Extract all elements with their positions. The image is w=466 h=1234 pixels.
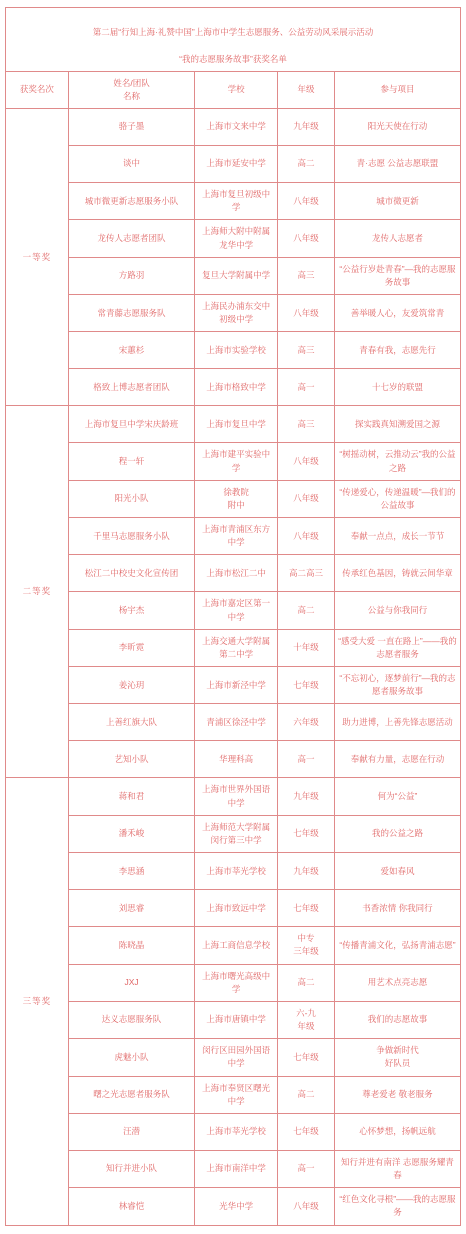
grade-cell: 九年级 [278, 778, 335, 815]
grade-cell: 高二高三 [278, 555, 335, 592]
table-row: 林睿恺光华中学八年级“红色文化寻根”——我的志愿服务 [6, 1188, 461, 1225]
project-cell: 青·志愿 公益志愿联盟 [334, 146, 460, 183]
table-row: 千里马志愿服务小队上海市青浦区东方中学八年级奉献一点点，成长一节节 [6, 518, 461, 555]
awardee-name-cell: 陈晓晶 [68, 927, 194, 964]
school-cell: 闵行区田园外国语中学 [195, 1039, 278, 1076]
table-row: 李昕霓上海交通大学附属第二中学十年级“感受大爱 一直在路上”——我的志愿者服务 [6, 629, 461, 666]
school-cell: 上海市新泾中学 [195, 667, 278, 704]
grade-cell: 九年级 [278, 853, 335, 890]
school-cell: 上海市曙光高级中学 [195, 964, 278, 1001]
project-cell: 知行并进有南洋 志愿服务耀青春 [334, 1150, 460, 1187]
page-title-line1: 第二届“行知上海·礼赞中国”上海市中学生志愿服务、公益劳动风采展示活动 [93, 27, 374, 37]
school-cell: 上海市奉贤区曙光中学 [195, 1076, 278, 1113]
school-cell: 上海民办浦东交中初级中学 [195, 295, 278, 332]
school-cell: 上海市文来中学 [195, 109, 278, 146]
grade-cell: 高一 [278, 741, 335, 778]
school-cell: 华理科高 [195, 741, 278, 778]
table-row: 三等奖蒋和君上海市世界外国语中学九年级何为“公益” [6, 778, 461, 815]
awardee-name-cell: 千里马志愿服务小队 [68, 518, 194, 555]
school-cell: 光华中学 [195, 1188, 278, 1225]
table-row: 虎魅小队闵行区田园外国语中学七年级争做新时代 好队员 [6, 1039, 461, 1076]
award-document-page: 第二届“行知上海·礼赞中国”上海市中学生志愿服务、公益劳动风采展示活动 “我的志… [0, 0, 466, 1234]
grade-cell: 高二 [278, 1076, 335, 1113]
project-cell: 龙传人志愿者 [334, 220, 460, 257]
table-row: 常青藤志愿服务队上海民办浦东交中初级中学八年级善举暖人心，友爱筑常青 [6, 295, 461, 332]
school-cell: 青浦区徐泾中学 [195, 704, 278, 741]
table-row: 达义志愿服务队上海市唐镇中学六-九 年级我们的志愿故事 [6, 1001, 461, 1038]
project-cell: 助力进博，上善先锋志愿活动 [334, 704, 460, 741]
table-row: 方路羽复旦大学附属中学高三“公益行岁赴青春”—我的志愿服务故事 [6, 257, 461, 294]
awardee-name-cell: 刘思睿 [68, 890, 194, 927]
table-row: 格致上博志愿者团队上海市格致中学高一十七岁的联盟 [6, 369, 461, 406]
page-title-line2: “我的志愿服务故事”获奖名单 [179, 54, 287, 64]
grade-cell: 高三 [278, 406, 335, 443]
grade-cell: 高二 [278, 964, 335, 1001]
project-cell: 探实践真知溯爱国之源 [334, 406, 460, 443]
school-cell: 上海市延安中学 [195, 146, 278, 183]
school-cell: 上海市嘉定区第一中学 [195, 592, 278, 629]
grade-cell: 十年级 [278, 629, 335, 666]
project-cell: 尊老爱老 敬老服务 [334, 1076, 460, 1113]
project-cell: “传播青浦文化，弘扬青浦志愿” [334, 927, 460, 964]
school-cell: 上海市松江二中 [195, 555, 278, 592]
header-row: 获奖名次 姓名/团队 名称 学校 年级 参与项目 [6, 71, 461, 108]
awardee-name-cell: 谈中 [68, 146, 194, 183]
project-cell: “不忘初心，逐梦前行”—我的志愿者服务故事 [334, 667, 460, 704]
awardee-name-cell: 虎魅小队 [68, 1039, 194, 1076]
awardee-name-cell: 阳光小队 [68, 480, 194, 517]
project-cell: 用艺术点亮志愿 [334, 964, 460, 1001]
table-row: 刘思睿上海市致远中学七年级书香浓情 你我同行 [6, 890, 461, 927]
grade-cell: 高三 [278, 332, 335, 369]
school-cell: 上海交通大学附属第二中学 [195, 629, 278, 666]
grade-cell: 八年级 [278, 480, 335, 517]
awardee-name-cell: JXJ [68, 964, 194, 1001]
col-header-project: 参与项目 [334, 71, 460, 108]
grade-cell: 高三 [278, 257, 335, 294]
project-cell: 阳光天使在行动 [334, 109, 460, 146]
project-cell: 爱如春风 [334, 853, 460, 890]
col-header-school: 学校 [195, 71, 278, 108]
table-row: 艺知小队华理科高高一奉献有力量，志愿在行动 [6, 741, 461, 778]
project-cell: 奉献一点点，成长一节节 [334, 518, 460, 555]
table-row: 一等奖骆子墨上海市文来中学九年级阳光天使在行动 [6, 109, 461, 146]
page-title: 第二届“行知上海·礼赞中国”上海市中学生志愿服务、公益劳动风采展示活动 “我的志… [6, 8, 461, 72]
project-cell: “公益行岁赴青春”—我的志愿服务故事 [334, 257, 460, 294]
prize-group-label: 一等奖 [6, 109, 69, 406]
project-cell: “感受大爱 一直在路上”——我的志愿者服务 [334, 629, 460, 666]
school-cell: 上海市莘光学校 [195, 853, 278, 890]
school-cell: 上海市实验学校 [195, 332, 278, 369]
grade-cell: 八年级 [278, 295, 335, 332]
awardee-name-cell: 蒋和君 [68, 778, 194, 815]
awardee-name-cell: 知行并进小队 [68, 1150, 194, 1187]
grade-cell: 七年级 [278, 1039, 335, 1076]
school-cell: 上海市建平实验中学 [195, 443, 278, 480]
project-cell: “红色文化寻根”——我的志愿服务 [334, 1188, 460, 1225]
awardee-name-cell: 曙之光志愿者服务队 [68, 1076, 194, 1113]
awardee-name-cell: 程一轩 [68, 443, 194, 480]
school-cell: 上海市世界外国语中学 [195, 778, 278, 815]
prize-group-label: 二等奖 [6, 406, 69, 778]
school-cell: 上海市复旦初级中学 [195, 183, 278, 220]
school-cell: 上海工商信息学校 [195, 927, 278, 964]
school-cell: 徐教院 附中 [195, 480, 278, 517]
grade-cell: 八年级 [278, 220, 335, 257]
awardee-name-cell: 杨宇杰 [68, 592, 194, 629]
awardee-name-cell: 龙传人志愿者团队 [68, 220, 194, 257]
school-cell: 上海市莘光学校 [195, 1113, 278, 1150]
table-row: 松江二中校史文化宣传团上海市松江二中高二高三传承红色基因，铸就云间华章 [6, 555, 461, 592]
project-cell: 传承红色基因，铸就云间华章 [334, 555, 460, 592]
project-cell: 心怀梦想，扬帆远航 [334, 1113, 460, 1150]
awardee-name-cell: 城市微更新志愿服务小队 [68, 183, 194, 220]
table-row: 龙传人志愿者团队上海师大附中附属龙华中学八年级龙传人志愿者 [6, 220, 461, 257]
project-cell: 争做新时代 好队员 [334, 1039, 460, 1076]
project-cell: 十七岁的联盟 [334, 369, 460, 406]
table-row: 汪潜上海市莘光学校七年级心怀梦想，扬帆远航 [6, 1113, 461, 1150]
project-cell: 城市微更新 [334, 183, 460, 220]
project-cell: 书香浓情 你我同行 [334, 890, 460, 927]
table-row: 上善红旗大队青浦区徐泾中学六年级助力进博，上善先锋志愿活动 [6, 704, 461, 741]
awardee-name-cell: 格致上博志愿者团队 [68, 369, 194, 406]
grade-cell: 九年级 [278, 109, 335, 146]
project-cell: 我们的志愿故事 [334, 1001, 460, 1038]
project-cell: 善举暖人心，友爱筑常青 [334, 295, 460, 332]
project-cell: 我的公益之路 [334, 815, 460, 852]
awardee-name-cell: 常青藤志愿服务队 [68, 295, 194, 332]
awardee-name-cell: 骆子墨 [68, 109, 194, 146]
table-row: 谈中上海市延安中学高二青·志愿 公益志愿联盟 [6, 146, 461, 183]
awardee-name-cell: 姜沁玥 [68, 667, 194, 704]
awardee-name-cell: 达义志愿服务队 [68, 1001, 194, 1038]
project-cell: 何为“公益” [334, 778, 460, 815]
awardee-name-cell: 松江二中校史文化宣传团 [68, 555, 194, 592]
table-row: 宋蕙杉上海市实验学校高三青春有我，志愿先行 [6, 332, 461, 369]
awardee-name-cell: 方路羽 [68, 257, 194, 294]
project-cell: 青春有我，志愿先行 [334, 332, 460, 369]
awardee-name-cell: 艺知小队 [68, 741, 194, 778]
grade-cell: 高一 [278, 369, 335, 406]
awardee-name-cell: 上海市复旦中学宋庆龄班 [68, 406, 194, 443]
awardee-name-cell: 上善红旗大队 [68, 704, 194, 741]
grade-cell: 高一 [278, 1150, 335, 1187]
awardee-name-cell: 李昕霓 [68, 629, 194, 666]
school-cell: 上海市致远中学 [195, 890, 278, 927]
project-cell: 公益与你我同行 [334, 592, 460, 629]
table-row: 城市微更新志愿服务小队上海市复旦初级中学八年级城市微更新 [6, 183, 461, 220]
table-row: 阳光小队徐教院 附中八年级“传递爱心，传递温暖”—我们的公益故事 [6, 480, 461, 517]
school-cell: 复旦大学附属中学 [195, 257, 278, 294]
table-row: 陈晓晶上海工商信息学校中专 三年级“传播青浦文化，弘扬青浦志愿” [6, 927, 461, 964]
table-row: 李思涵上海市莘光学校九年级爱如春风 [6, 853, 461, 890]
school-cell: 上海师范大学附属闵行第三中学 [195, 815, 278, 852]
awardee-name-cell: 林睿恺 [68, 1188, 194, 1225]
award-table: 第二届“行知上海·礼赞中国”上海市中学生志愿服务、公益劳动风采展示活动 “我的志… [5, 7, 461, 1226]
project-cell: 奉献有力量，志愿在行动 [334, 741, 460, 778]
grade-cell: 六年级 [278, 704, 335, 741]
school-cell: 上海师大附中附属龙华中学 [195, 220, 278, 257]
school-cell: 上海市复旦中学 [195, 406, 278, 443]
prize-group-label: 三等奖 [6, 778, 69, 1225]
table-row: 姜沁玥上海市新泾中学七年级“不忘初心，逐梦前行”—我的志愿者服务故事 [6, 667, 461, 704]
grade-cell: 七年级 [278, 815, 335, 852]
awardee-name-cell: 潘禾峻 [68, 815, 194, 852]
grade-cell: 八年级 [278, 443, 335, 480]
awardee-name-cell: 李思涵 [68, 853, 194, 890]
col-header-grade: 年级 [278, 71, 335, 108]
grade-cell: 八年级 [278, 1188, 335, 1225]
school-cell: 上海市格致中学 [195, 369, 278, 406]
table-row: 杨宇杰上海市嘉定区第一中学高二公益与你我同行 [6, 592, 461, 629]
table-row: 潘禾峻上海师范大学附属闵行第三中学七年级我的公益之路 [6, 815, 461, 852]
grade-cell: 七年级 [278, 667, 335, 704]
grade-cell: 七年级 [278, 890, 335, 927]
table-row: 程一轩上海市建平实验中学八年级“树摇动树，云推动云”我的公益之路 [6, 443, 461, 480]
title-row: 第二届“行知上海·礼赞中国”上海市中学生志愿服务、公益劳动风采展示活动 “我的志… [6, 8, 461, 72]
col-header-name: 姓名/团队 名称 [68, 71, 194, 108]
awardee-name-cell: 宋蕙杉 [68, 332, 194, 369]
school-cell: 上海市唐镇中学 [195, 1001, 278, 1038]
school-cell: 上海市南洋中学 [195, 1150, 278, 1187]
col-header-prize: 获奖名次 [6, 71, 69, 108]
grade-cell: 七年级 [278, 1113, 335, 1150]
table-row: 二等奖上海市复旦中学宋庆龄班上海市复旦中学高三探实践真知溯爱国之源 [6, 406, 461, 443]
grade-cell: 中专 三年级 [278, 927, 335, 964]
grade-cell: 高二 [278, 146, 335, 183]
table-row: 曙之光志愿者服务队上海市奉贤区曙光中学高二尊老爱老 敬老服务 [6, 1076, 461, 1113]
grade-cell: 八年级 [278, 183, 335, 220]
grade-cell: 高二 [278, 592, 335, 629]
table-row: 知行并进小队上海市南洋中学高一知行并进有南洋 志愿服务耀青春 [6, 1150, 461, 1187]
project-cell: “树摇动树，云推动云”我的公益之路 [334, 443, 460, 480]
grade-cell: 八年级 [278, 518, 335, 555]
school-cell: 上海市青浦区东方中学 [195, 518, 278, 555]
table-row: JXJ上海市曙光高级中学高二用艺术点亮志愿 [6, 964, 461, 1001]
awardee-name-cell: 汪潜 [68, 1113, 194, 1150]
grade-cell: 六-九 年级 [278, 1001, 335, 1038]
project-cell: “传递爱心，传递温暖”—我们的公益故事 [334, 480, 460, 517]
